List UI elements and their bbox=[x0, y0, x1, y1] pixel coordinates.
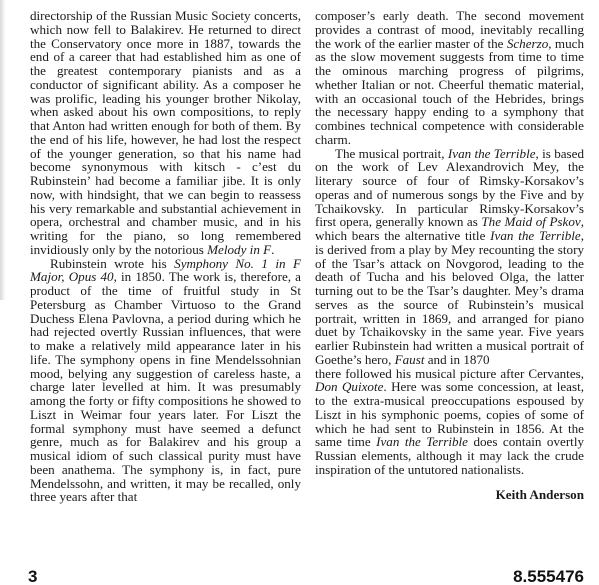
page-edge-shadow bbox=[0, 0, 6, 300]
paragraph-movements: composer’s early death. The second movem… bbox=[315, 9, 584, 147]
paragraph-text: Rubinstein wrote his bbox=[50, 256, 174, 271]
work-title-melody-in-f: Melody in F bbox=[207, 242, 271, 257]
paragraph-symphony: Rubinstein wrote his Symphony No. 1 in F… bbox=[30, 257, 301, 505]
work-title-faust: Faust bbox=[395, 352, 425, 367]
work-title-don-quixote: Don Quixote bbox=[315, 379, 383, 394]
left-column: directorship of the Russian Music Societ… bbox=[30, 9, 301, 504]
catalogue-number: 8.555476 bbox=[513, 567, 584, 585]
paragraph-text: , in 1850. The work is, therefore, a pro… bbox=[30, 269, 301, 504]
work-title-ivan-the-terrible: Ivan the Terrible bbox=[448, 146, 536, 161]
paragraph-don-quixote: there followed his musical picture after… bbox=[315, 367, 584, 477]
paragraph-ivan-the-terrible: The musical portrait, Ivan the Terrible,… bbox=[315, 147, 584, 367]
paragraph-text: directorship of the Russian Music Societ… bbox=[30, 8, 301, 257]
page-number: 3 bbox=[28, 567, 37, 585]
right-column: composer’s early death. The second movem… bbox=[315, 9, 584, 501]
term-scherzo: Scherzo bbox=[507, 36, 548, 51]
work-title-ivan-the-terrible: Ivan the Terrible bbox=[490, 228, 581, 243]
paragraph-career: directorship of the Russian Music Societ… bbox=[30, 9, 301, 257]
work-title-ivan-the-terrible: Ivan the Terrible bbox=[376, 434, 468, 449]
author-signature: Keith Anderson bbox=[315, 488, 584, 502]
paragraph-text: there followed his musical picture after… bbox=[315, 366, 584, 381]
work-title-maid-of-pskov: The Maid of Pskov bbox=[481, 214, 580, 229]
paragraph-text: , is derived from a play by Mey recounti… bbox=[315, 228, 584, 367]
paragraph-text: . bbox=[271, 242, 274, 257]
paragraph-text: and in 1870 bbox=[424, 352, 489, 367]
paragraph-text: The musical portrait, bbox=[335, 146, 448, 161]
paragraph-text: , much as the slow movement suggests fro… bbox=[315, 36, 584, 147]
